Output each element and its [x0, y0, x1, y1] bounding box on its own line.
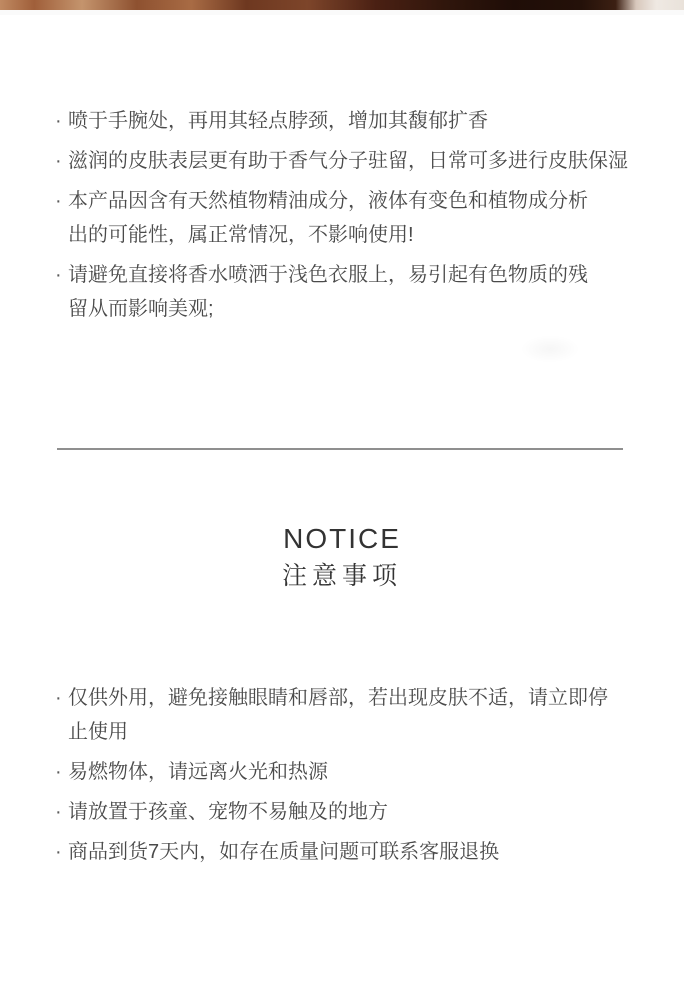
bullet-dot: ·: [55, 755, 62, 789]
note-text: 请避免直接将香水喷洒于浅色衣服上，易引起有色物质的残: [68, 264, 588, 286]
usage-notes-section: ·喷于手腕处，再用其轻点脖颈，增加其馥郁扩香 ·滋润的皮肤表层更有助于香气分子驻…: [68, 104, 654, 326]
note-line: 止使用: [68, 715, 654, 749]
list-item: ·滋润的皮肤表层更有助于香气分子驻留，日常可多进行皮肤保湿: [68, 144, 654, 178]
list-item: ·喷于手腕处，再用其轻点脖颈，增加其馥郁扩香: [68, 104, 654, 138]
faint-smudge: [520, 335, 580, 363]
product-photo-bottom-edge: [0, 0, 684, 10]
bullet-dot: ·: [55, 184, 62, 218]
bullet-dot: ·: [55, 795, 62, 829]
note-line: ·请避免直接将香水喷洒于浅色衣服上，易引起有色物质的残: [68, 258, 654, 292]
list-item: ·请放置于孩童、宠物不易触及的地方: [68, 795, 654, 829]
list-item: ·易燃物体，请远离火光和热源: [68, 755, 654, 789]
section-divider: [57, 448, 623, 450]
note-line: ·仅供外用，避免接触眼睛和唇部，若出现皮肤不适，请立即停: [68, 681, 654, 715]
notice-title-en: NOTICE: [0, 520, 684, 558]
photo-edge-shadow: [0, 10, 684, 15]
note-text: 喷于手腕处，再用其轻点脖颈，增加其馥郁扩香: [68, 110, 488, 132]
bullet-dot: ·: [55, 681, 62, 715]
list-item: ·仅供外用，避免接触眼睛和唇部，若出现皮肤不适，请立即停 止使用: [68, 681, 654, 749]
note-line: ·喷于手腕处，再用其轻点脖颈，增加其馥郁扩香: [68, 104, 654, 138]
list-item: ·请避免直接将香水喷洒于浅色衣服上，易引起有色物质的残 留从而影响美观;: [68, 258, 654, 326]
note-line: 留从而影响美观;: [68, 292, 654, 326]
note-line: ·商品到货7天内，如存在质量问题可联系客服退换: [68, 835, 654, 869]
note-line: ·本产品因含有天然植物精油成分，液体有变色和植物成分析: [68, 184, 654, 218]
bullet-dot: ·: [55, 258, 62, 292]
note-text: 滋润的皮肤表层更有助于香气分子驻留，日常可多进行皮肤保湿: [68, 150, 628, 172]
notice-items-section: ·仅供外用，避免接触眼睛和唇部，若出现皮肤不适，请立即停 止使用 ·易燃物体，请…: [68, 681, 654, 869]
bullet-dot: ·: [55, 104, 62, 138]
bullet-dot: ·: [55, 835, 62, 869]
note-line: 出的可能性，属正常情况，不影响使用!: [68, 218, 654, 252]
note-text: 止使用: [68, 721, 128, 743]
notice-title-zh: 注意事项: [0, 558, 684, 594]
note-text: 商品到货7天内，如存在质量问题可联系客服退换: [68, 841, 499, 863]
note-text: 易燃物体，请远离火光和热源: [68, 761, 328, 783]
list-item: ·商品到货7天内，如存在质量问题可联系客服退换: [68, 835, 654, 869]
notice-heading: NOTICE 注意事项: [0, 520, 684, 594]
bullet-dot: ·: [55, 144, 62, 178]
note-text: 请放置于孩童、宠物不易触及的地方: [68, 801, 388, 823]
note-line: ·请放置于孩童、宠物不易触及的地方: [68, 795, 654, 829]
note-text: 本产品因含有天然植物精油成分，液体有变色和植物成分析: [68, 190, 588, 212]
note-text: 出的可能性，属正常情况，不影响使用!: [68, 224, 414, 246]
note-text: 留从而影响美观;: [68, 298, 214, 320]
note-line: ·易燃物体，请远离火光和热源: [68, 755, 654, 789]
note-text: 仅供外用，避免接触眼睛和唇部，若出现皮肤不适，请立即停: [68, 687, 608, 709]
note-line: ·滋润的皮肤表层更有助于香气分子驻留，日常可多进行皮肤保湿: [68, 144, 654, 178]
list-item: ·本产品因含有天然植物精油成分，液体有变色和植物成分析 出的可能性，属正常情况，…: [68, 184, 654, 252]
